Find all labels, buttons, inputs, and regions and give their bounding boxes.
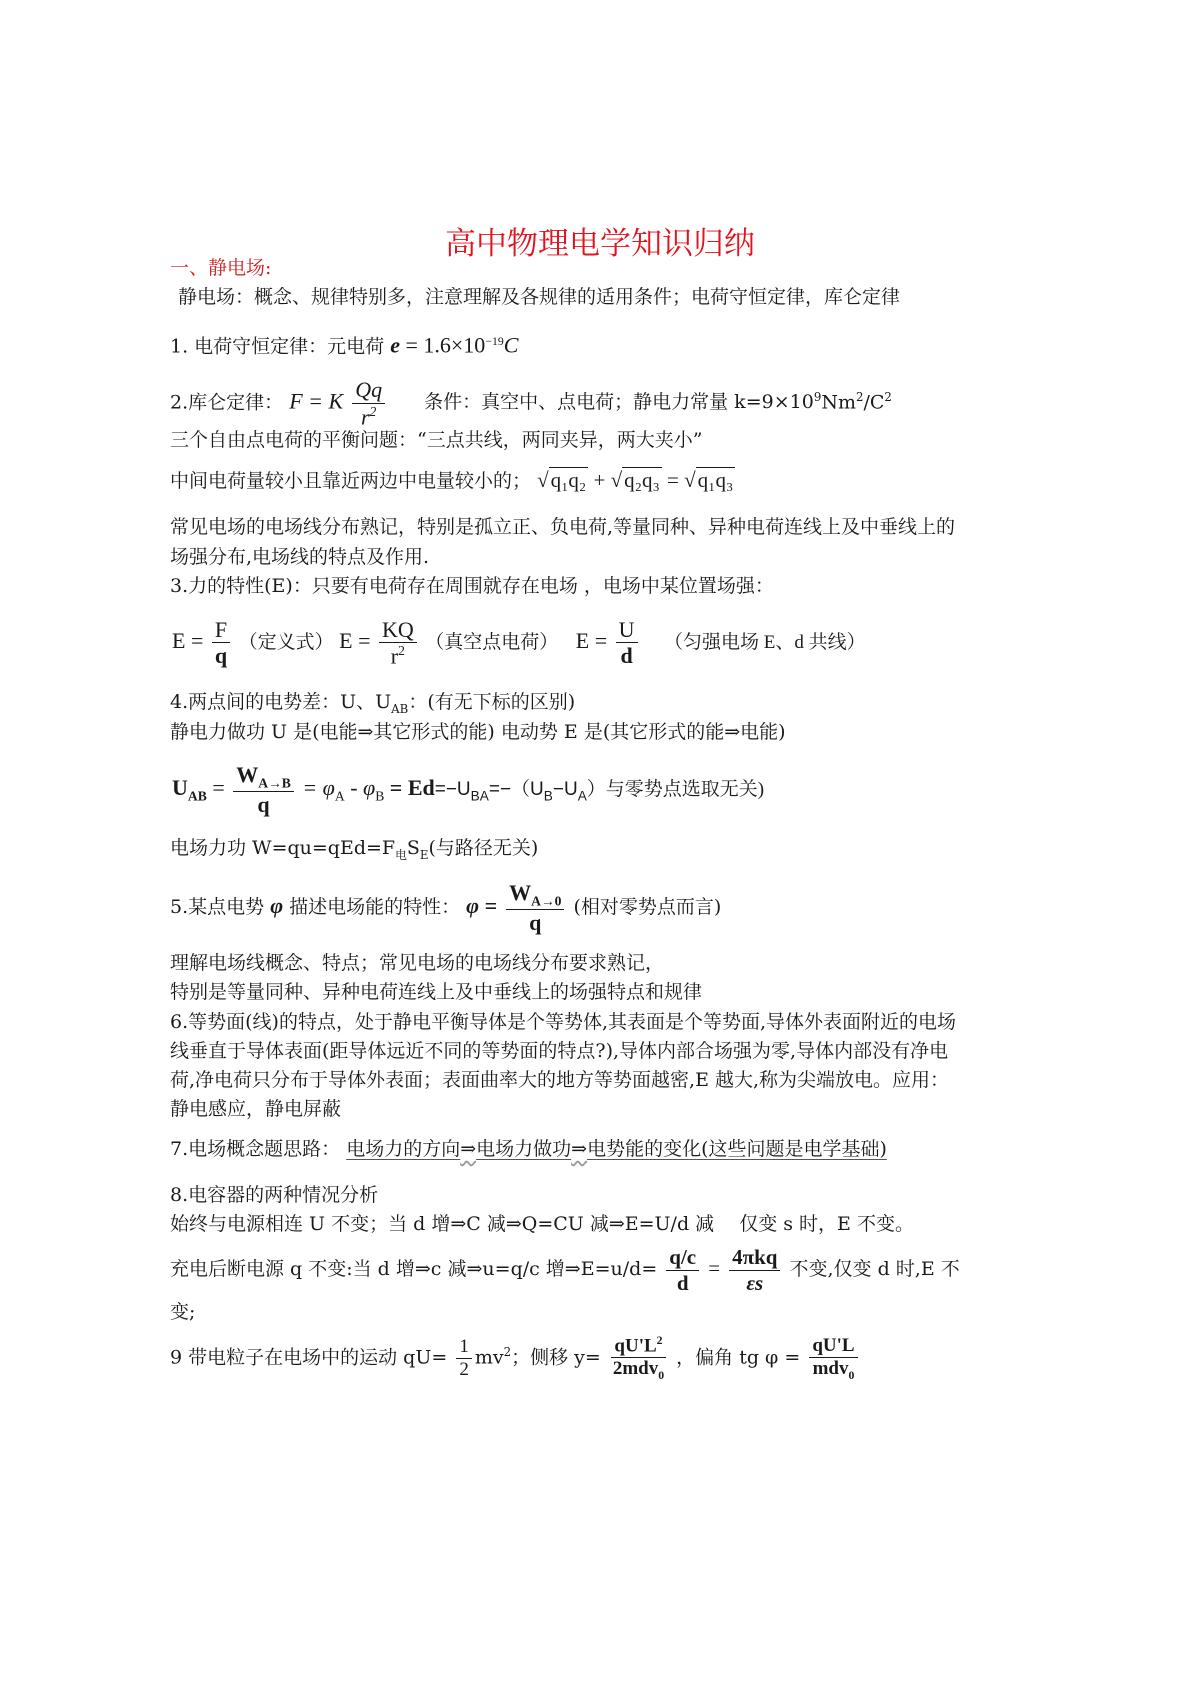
deflection-num-text: qU'L	[614, 1335, 656, 1356]
plus-sign: +	[594, 468, 606, 492]
case2-f1-num: q/c	[666, 1245, 699, 1270]
three-charge-balance: 三个自由点电荷的平衡问题：“三点共线，两同夹异，两大夹小”	[170, 428, 702, 452]
deflection-fraction: qU'L22mdv0	[610, 1334, 667, 1383]
angle-den-sub: 0	[848, 1368, 854, 1381]
f1-note: （定义式）	[239, 632, 334, 653]
f2-note: （真空点电荷）	[425, 632, 558, 653]
uab-lhs: U	[172, 775, 188, 800]
f2-den-sup: 2	[398, 643, 405, 658]
frac-denominator: r2	[358, 404, 379, 430]
case2-frac1: q/cd	[666, 1245, 699, 1294]
uab-den: q	[254, 792, 272, 817]
step-force-work: 电场力做功	[476, 1138, 571, 1160]
phi-note: (相对零势点而言)	[573, 896, 721, 918]
rad-q1q2: q₁q₂	[549, 467, 589, 492]
w-sub: A→B	[258, 776, 291, 791]
f3-num: U	[616, 617, 638, 643]
mv-term: mv	[475, 1346, 504, 1368]
phi-w-sub: A→0	[531, 894, 561, 909]
half-den: 2	[456, 1359, 472, 1381]
deflection-den: 2mdv0	[610, 1358, 667, 1382]
step-force-direction: 电场力的方向	[346, 1138, 460, 1160]
k-unit: Nm	[821, 391, 856, 413]
rad-q2q3: q₂q₃	[622, 467, 662, 492]
item-6-line-3: 荷,净电荷只分布于导体外表面；表面曲率大的地方等势面越密,E 越大,称为尖端放电…	[170, 1068, 949, 1092]
coulomb-condition: 条件：真空中、点电荷；静电力常量 k=9×10	[424, 391, 814, 413]
f1-num: F	[212, 617, 230, 643]
uba-term: =−U	[435, 779, 471, 800]
work-s-sub: E	[420, 848, 429, 862]
f1-fraction: Fq	[212, 617, 230, 669]
field-strength-formulas: E = Fq （定义式） E = KQr2 （真空点电荷） E = Ud （匀强…	[172, 616, 866, 669]
item-4-label: 4.两点间的电势差：U、UAB：(有无下标的区别)	[170, 690, 575, 721]
work-sub: 电	[395, 848, 407, 862]
side-label: ；侧移 y=	[511, 1346, 601, 1368]
ub-term: =−（U	[489, 779, 544, 800]
mv-sup: 2	[504, 1345, 512, 1359]
phi-b-sub: B	[375, 788, 384, 803]
case2-eq: =	[708, 1256, 720, 1280]
f1-lhs: E =	[172, 628, 203, 653]
item-2-label: 2.库仑定律：	[170, 391, 283, 413]
capacitor-case-1: 始终与电源相连 U 不变；当 d 增⇒C 减⇒Q=CU 减⇒E=U/d 减 仅变…	[170, 1212, 914, 1236]
uab-num: WA→B	[233, 762, 294, 792]
document-page: 高中物理电学知识归纳 一、静电场: 静电场：概念、规律特别多，注意理解及各规律的…	[0, 0, 1200, 1697]
den-r: r	[361, 404, 370, 429]
f3-lhs: E =	[576, 628, 607, 653]
item-5-potential: 5.某点电势 φ 描述电场能的特性： φ = WA→0q (相对零势点而言)	[170, 878, 721, 936]
f3-fraction: Ud	[616, 617, 638, 669]
item-7-approach: 7.电场概念题思路： 电场力的方向⇒电场力做功⇒电势能的变化(这些问题是电学基础…	[170, 1137, 887, 1161]
capacitor-case-2-wrap: 变;	[170, 1300, 195, 1324]
deflection-den-text: 2mdv	[613, 1358, 658, 1379]
item-6-line-1: 6.等势面(线)的特点，处于静电平衡导体是个等势体,其表面是个等势面,导体外表面…	[170, 1010, 956, 1034]
ub-sub: B	[544, 788, 553, 803]
sqrt-q2q3: √q₂q₃	[611, 468, 662, 492]
phi-b: - φ	[345, 775, 376, 800]
e-value: = 1.6×10	[400, 332, 485, 357]
arrow-icon: ⇒	[571, 1138, 587, 1160]
item-9-particle-motion: 9 带电粒子在电场中的运动 qU= 12mv2；侧移 y= qU'L22mdv0…	[170, 1324, 861, 1385]
item-2-coulomb-law: 2.库仑定律： F = K Qq r2 条件：真空中、点电荷；静电力常量 k=9…	[170, 372, 892, 429]
coulomb-lhs: F = K	[289, 388, 343, 413]
case2-frac2: 4πkqεs	[729, 1245, 780, 1294]
case2-f1-den: d	[674, 1271, 692, 1295]
item-9-label: 9 带电粒子在电场中的运动 qU=	[170, 1346, 447, 1368]
angle-den-text: mdv	[813, 1358, 849, 1379]
sqrt-q1q2: √q₁q₂	[537, 468, 588, 492]
phi-lhs: φ =	[466, 893, 497, 918]
section-intro: 静电场：概念、规律特别多，注意理解及各规律的适用条件；电荷守恒定律，库仑定律	[178, 285, 900, 309]
item-5-label: 5.某点电势	[170, 896, 264, 918]
uba-sub: BA	[471, 788, 489, 803]
phi-den: q	[526, 910, 544, 935]
uab-sub: AB	[391, 702, 408, 716]
sqrt-relation: √q₁q₂ + √q₂q₃ = √q₁q₃	[537, 468, 735, 492]
ed-term: = Ed	[384, 775, 434, 800]
deflection-num-sup: 2	[657, 1334, 663, 1347]
phi-a: = φ	[302, 775, 335, 800]
zero-point-note: ）与零势点选取无关)	[587, 779, 764, 800]
w-symbol: W	[236, 762, 258, 787]
f2-num: KQ	[379, 617, 417, 643]
middle-charge-text: 中间电荷量较小且靠近两边中电量较小的；	[170, 470, 531, 492]
item-6-line-2: 线垂直于导体表面(距导体远近不同的等势面的特点?),导体内部合场强为零,导体内部…	[170, 1039, 948, 1063]
uab-fraction: WA→Bq	[233, 762, 294, 817]
item-1-label: 1. 电荷守恒定律：元电荷	[170, 335, 384, 357]
den-exp: 2	[370, 404, 377, 419]
e-exponent: −19	[485, 335, 503, 348]
item-8-label: 8.电容器的两种情况分析	[170, 1183, 378, 1207]
phi-a-sub: A	[335, 788, 345, 803]
case2-text: 充电后断电源 q 不变:当 d 增⇒c 减⇒u=q/c 增⇒E=u/d=	[170, 1258, 657, 1280]
item-5-label2: 描述电场能的特性：	[289, 896, 460, 918]
middle-charge-relation: 中间电荷量较小且靠近两边中电量较小的； √q₁q₂ + √q₂q₃ = √q₁q…	[170, 468, 735, 493]
item-3-label: 3.力的特性(E)：只要有电荷存在周围就存在电场 ，电场中某位置场强：	[170, 574, 774, 598]
rad-q1q3: q₁q₃	[696, 467, 736, 492]
capacitor-case-2: 充电后断电源 q 不变:当 d 增⇒c 减⇒u=q/c 增⇒E=u/d= q/c…	[170, 1240, 960, 1297]
work-formula-text: 电场力功 W=qu=qEd=F	[170, 837, 395, 859]
item-6-line-4: 静电感应，静电屏蔽	[170, 1097, 341, 1121]
field-lines-note-2: 场强分布,电场线的特点及作用.	[170, 545, 429, 569]
phi-symbol: φ	[270, 893, 283, 918]
item-1-charge-conservation: 1. 电荷守恒定律：元电荷 e = 1.6×10−19C	[170, 330, 518, 358]
k-unit-tail: /C	[863, 391, 884, 413]
f1-den: q	[212, 643, 230, 668]
angle-fraction: qU'Lmdv0	[809, 1335, 857, 1382]
phi-fraction: WA→0q	[506, 880, 564, 935]
phi-num: WA→0	[506, 880, 564, 910]
item-4-label-tail: ：(有无下标的区别)	[408, 691, 575, 713]
work-energy-line: 静电力做功 U 是(电能⇒其它形式的能) 电动势 E 是(其它形式的能⇒电能)	[170, 720, 786, 744]
frac-numerator: Qq	[352, 377, 385, 403]
work-s: S	[407, 837, 420, 859]
deflection-den-sub: 0	[658, 1369, 664, 1382]
field-lines-note-1: 常见电场的电场线分布熟记，特别是孤立正、负电荷,等量同种、异种电荷连线上及中垂线…	[170, 515, 955, 539]
deflection-num: qU'L2	[611, 1334, 665, 1358]
half-num: 1	[456, 1336, 472, 1359]
equals-sign: =	[667, 468, 679, 492]
angle-label: ，偏角 tg φ =	[676, 1346, 800, 1368]
phi-w: W	[509, 880, 531, 905]
coulomb-fraction: Qq r2	[352, 377, 385, 429]
case2-f2-num: 4πkq	[729, 1245, 780, 1270]
step-potential-energy: 电势能的变化(这些问题是电学基础)	[587, 1138, 887, 1160]
e-unit: C	[504, 332, 519, 357]
item-4-label-text: 4.两点间的电势差：U、U	[170, 691, 391, 713]
e-symbol: e	[390, 332, 400, 357]
f2-den: r2	[388, 643, 408, 669]
f3-den: d	[617, 643, 635, 668]
ua-sub: A	[578, 788, 587, 803]
angle-num: qU'L	[809, 1335, 857, 1358]
case2-f2-den: εs	[743, 1271, 766, 1295]
field-work-formula: 电场力功 W=qu=qEd=F电SE(与路径无关)	[170, 836, 538, 867]
arrow-icon: ⇒	[460, 1138, 476, 1160]
understand-line-2: 特别是等量同种、异种电荷连线上及中垂线上的场强特点和规律	[170, 980, 702, 1004]
angle-den: mdv0	[810, 1358, 858, 1382]
work-tail: (与路径无关)	[429, 837, 539, 859]
f2-lhs: E =	[339, 628, 370, 653]
potential-difference-formula: UAB = WA→Bq = φA - φB = Ed=−UBA=−（UB−UA）…	[172, 760, 764, 824]
section-heading-electrostatics: 一、静电场:	[170, 256, 271, 280]
uab-lhs-sub: AB	[188, 788, 207, 803]
case2-post: 不变,仅变 d 时,E 不	[790, 1258, 960, 1280]
sqrt-q1q3: √q₁q₃	[684, 468, 735, 492]
item-7-label: 7.电场概念题思路：	[170, 1138, 340, 1160]
f3-note: （匀强电场 E、d 共线）	[664, 632, 866, 653]
understand-line-1: 理解电场线概念、特点；常见电场的电场线分布要求熟记，	[170, 951, 664, 975]
half-fraction: 12	[456, 1336, 472, 1381]
ua-term: −U	[553, 779, 578, 800]
f2-fraction: KQr2	[379, 617, 417, 669]
k-unit-tail-sup: 2	[884, 390, 892, 404]
